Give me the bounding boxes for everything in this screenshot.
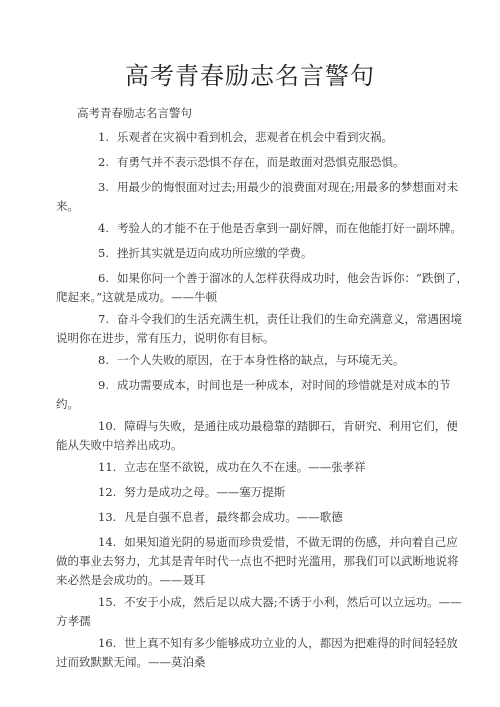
quote-number: 4. bbox=[98, 221, 109, 235]
quote-text: 挫折其实就是迈向成功所应缴的学费。 bbox=[117, 246, 313, 260]
quote-number: 12. bbox=[98, 485, 116, 499]
quote-number: 13. bbox=[98, 510, 116, 524]
quote-item: 5.挫折其实就是迈向成功所应缴的学费。 bbox=[56, 244, 468, 263]
quote-number: 2. bbox=[98, 155, 109, 169]
quote-text: 奋斗令我们的生活充满生机，责任让我们的生命充满意义，常遇困境说明你在进步，常有压… bbox=[56, 312, 462, 345]
quote-item: 7.奋斗令我们的生活充满生机，责任让我们的生命充满意义，常遇困境说明你在进步，常… bbox=[56, 310, 468, 348]
quote-number: 9. bbox=[98, 378, 109, 392]
quote-text: 乐观者在灾祸中看到机会，悲观者在机会中看到灾祸。 bbox=[117, 130, 393, 144]
quote-number: 15. bbox=[98, 595, 116, 609]
quote-item: 11.立志在坚不欲锐，成功在久不在速。——张孝祥 bbox=[56, 458, 468, 477]
quote-number: 5. bbox=[98, 246, 109, 260]
quote-item: 12.努力是成功之母。——塞万提斯 bbox=[56, 483, 468, 502]
quote-text: 一个人失败的原因，在于本身性格的缺点，与环境无关。 bbox=[117, 353, 405, 367]
quote-text: 障碍与失败，是通往成功最稳靠的踏脚石，肯研究、利用它们，便能从失败中培养出成功。 bbox=[56, 419, 458, 452]
quote-text: 有勇气并不表示恐惧不存在，而是敢面对恐惧克服恐惧。 bbox=[117, 155, 405, 169]
quote-number: 1. bbox=[98, 130, 109, 144]
quote-number: 6. bbox=[98, 271, 109, 285]
quote-item: 4.考验人的才能不在于他是否拿到一副好牌，而在他能打好一副坏牌。 bbox=[56, 219, 468, 238]
quote-text: 用最少的悔恨面对过去;用最少的浪费面对现在;用最多的梦想面对未来。 bbox=[56, 180, 458, 213]
quote-text: 世上真不知有多少能够成功立业的人，都因为把难得的时间轻轻放过而致默默无闻。——莫… bbox=[56, 636, 458, 669]
quote-item: 15.不安于小成，然后足以成大器;不诱于小利，然后可以立远功。——方孝孺 bbox=[56, 593, 468, 631]
quote-item: 14.如果知道光阴的易逝而珍贵爱惜，不做无谓的伤感，并向着自己应做的事业去努力，… bbox=[56, 533, 468, 590]
quote-number: 10. bbox=[98, 419, 116, 433]
quote-item: 16.世上真不知有多少能够成功立业的人，都因为把难得的时间轻轻放过而致默默无闻。… bbox=[56, 634, 468, 672]
quote-number: 7. bbox=[98, 312, 109, 326]
quote-item: 3.用最少的悔恨面对过去;用最少的浪费面对现在;用最多的梦想面对未来。 bbox=[56, 178, 468, 216]
quote-number: 11. bbox=[98, 460, 116, 474]
section-heading: 高考青春励志名言警句 bbox=[77, 105, 192, 121]
page-title: 高考青春励志名言警句 bbox=[0, 56, 500, 91]
quote-item: 13.凡是自强不息者，最终都会成功。——歌德 bbox=[56, 508, 468, 527]
quote-item: 1.乐观者在灾祸中看到机会，悲观者在机会中看到灾祸。 bbox=[56, 128, 468, 147]
quote-text: 成功需要成本，时间也是一种成本，对时间的珍惜就是对成本的节约。 bbox=[56, 378, 450, 411]
quote-text: 立志在坚不欲锐，成功在久不在速。——张孝祥 bbox=[124, 460, 366, 474]
quote-item: 9.成功需要成本，时间也是一种成本，对时间的珍惜就是对成本的节约。 bbox=[56, 376, 468, 414]
quote-number: 8. bbox=[98, 353, 109, 367]
quote-text: 如果知道光阴的易逝而珍贵爱惜，不做无谓的伤感，并向着自己应做的事业去努力，尤其是… bbox=[56, 535, 459, 587]
document-page: 高考青春励志名言警句 高考青春励志名言警句 1.乐观者在灾祸中看到机会，悲观者在… bbox=[0, 0, 500, 707]
quote-item: 10.障碍与失败，是通往成功最稳靠的踏脚石，肯研究、利用它们，便能从失败中培养出… bbox=[56, 417, 468, 455]
quote-number: 16. bbox=[98, 636, 116, 650]
quote-text: 凡是自强不息者，最终都会成功。——歌德 bbox=[124, 510, 343, 524]
quote-text: 努力是成功之母。——塞万提斯 bbox=[124, 485, 285, 499]
quote-text: 如果你问一个善于溜冰的人怎样获得成功时，他会告诉你：“跌倒了，爬起来。”这就是成… bbox=[56, 271, 468, 304]
quote-number: 14. bbox=[98, 535, 116, 549]
quote-text: 考验人的才能不在于他是否拿到一副好牌，而在他能打好一副坏牌。 bbox=[117, 221, 462, 235]
quote-item: 2.有勇气并不表示恐惧不存在，而是敢面对恐惧克服恐惧。 bbox=[56, 153, 468, 172]
quote-text: 不安于小成，然后足以成大器;不诱于小利，然后可以立远功。——方孝孺 bbox=[56, 595, 462, 628]
quote-item: 6.如果你问一个善于溜冰的人怎样获得成功时，他会告诉你：“跌倒了，爬起来。”这就… bbox=[56, 269, 468, 307]
quote-item: 8.一个人失败的原因，在于本身性格的缺点，与环境无关。 bbox=[56, 351, 468, 370]
quote-number: 3. bbox=[98, 180, 109, 194]
